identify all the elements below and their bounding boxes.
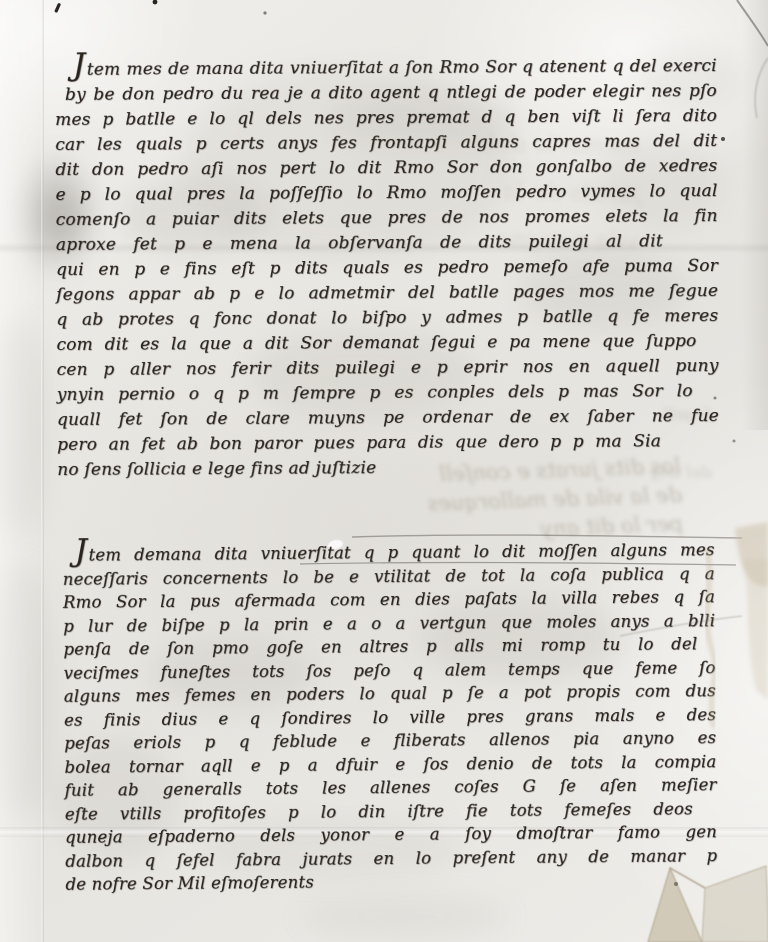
paragraph-1: Jtem mes de mana dita vniuerſitat a ſon …: [55, 54, 720, 483]
paper-stain: [300, 895, 510, 939]
paragraph-2: Jtem demana dita vniuerſitat q p quant l…: [62, 538, 717, 896]
showthrough-line: de la vila de mallorques: [326, 481, 683, 522]
ink-speck: [153, 0, 158, 4]
manuscript-page: memoria dels jurats de la vila e regne l…: [0, 0, 768, 942]
manuscript-line: pero an fet ab bon paror pues para dis q…: [57, 429, 719, 458]
water-stain: [742, 560, 768, 700]
water-stain: [735, 522, 768, 586]
ink-speck: [721, 137, 725, 141]
ink-speck: [263, 11, 266, 14]
manuscript-line: no ſens ſollicia e lege fins ad juſtizie: [57, 454, 719, 483]
ink-speck: [54, 3, 61, 13]
ink-speck: [733, 440, 736, 443]
vertical-fold-line: [41, 0, 44, 942]
left-page-edge: [0, 0, 41, 942]
right-page-edge: [742, 0, 768, 430]
manuscript-line: de nofre Sor Mil eſmoſerents: [65, 867, 717, 896]
